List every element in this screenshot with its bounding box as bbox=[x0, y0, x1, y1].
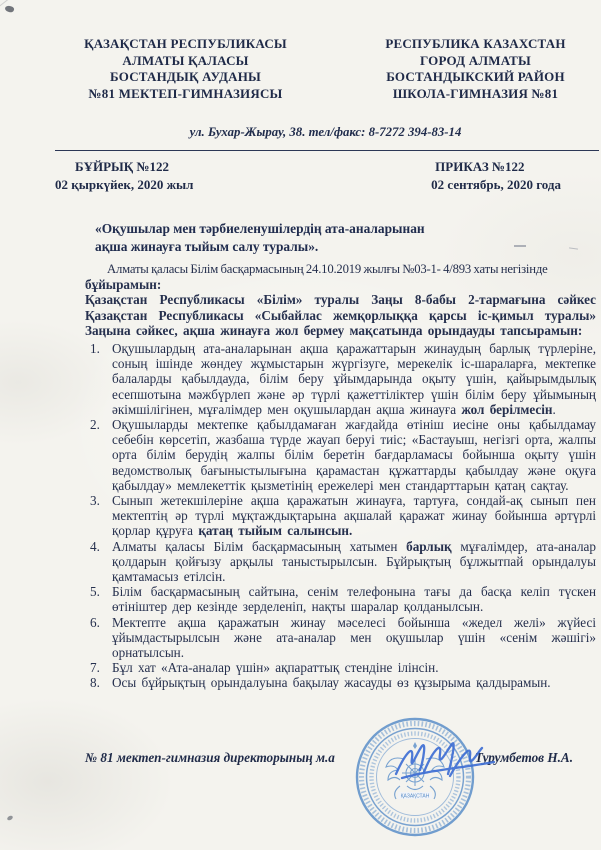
item-number: 8. bbox=[90, 675, 100, 690]
letterhead: ҚАЗАҚСТАН РЕСПУБЛИКАСЫ АЛМАТЫ ҚАЛАСЫ БОС… bbox=[58, 36, 593, 102]
scan-artifact-dash bbox=[569, 247, 578, 250]
subject-line: ақша жинауға тыйым салу туралы». bbox=[95, 238, 535, 256]
item-text: Сынып жетекшілеріне ақша қаражатын жинау… bbox=[112, 493, 596, 538]
order-list: 1.Оқушылардың ата-аналарынан ақша қаража… bbox=[85, 341, 596, 691]
letterhead-line: ШКОЛА-ГИМНАЗИЯ №81 bbox=[358, 86, 593, 103]
order-item: 3.Сынып жетекшілеріне ақша қаражатын жин… bbox=[85, 493, 596, 539]
item-number: 2. bbox=[90, 417, 100, 432]
item-text: Оқушыларды мектепке қабылдамаған жағдайд… bbox=[112, 417, 596, 493]
scan-artifact-speck bbox=[6, 815, 13, 821]
letterhead-line: ГОРОД АЛМАТЫ bbox=[358, 53, 593, 70]
order-item: 6.Мектепте ақша қаражатын жинау мәселесі… bbox=[85, 615, 596, 661]
preamble-basis: Алматы қаласы Білім басқармасының 24.10.… bbox=[85, 262, 596, 277]
order-item: 1.Оқушылардың ата-аналарынан ақша қаража… bbox=[85, 341, 596, 417]
item-text: Білім басқармасының сайтына, сенім телеф… bbox=[112, 584, 596, 614]
address-line: ул. Бухар-Жырау, 38. тел/факс: 8-7272 39… bbox=[60, 125, 591, 140]
item-text: Алматы қаласы Білім басқармасының хатыме… bbox=[112, 539, 406, 554]
item-number: 3. bbox=[90, 493, 100, 508]
letterhead-line: ҚАЗАҚСТАН РЕСПУБЛИКАСЫ bbox=[58, 36, 313, 53]
preamble: Алматы қаласы Білім басқармасының 24.10.… bbox=[85, 262, 596, 338]
preamble-legal: Қазақстан Республикасы «Білім» туралы За… bbox=[85, 292, 596, 338]
order-date-kk: 02 қыркүйек, 2020 жыл bbox=[55, 176, 193, 194]
item-number: 6. bbox=[90, 615, 100, 630]
order-meta: БҰЙРЫҚ №122 02 қыркүйек, 2020 жыл ПРИКАЗ… bbox=[55, 158, 561, 194]
item-text: жол берілмесін bbox=[461, 402, 552, 417]
subject-line: «Оқушылар мен тәрбиеленушілердің ата-ана… bbox=[95, 220, 535, 238]
order-number-ru: ПРИКАЗ №122 bbox=[431, 158, 561, 176]
order-item: 8.Осы бұйрықтың орындалуына бақылау жаса… bbox=[85, 675, 596, 690]
order-date-ru: 02 сентябрь, 2020 года bbox=[431, 176, 561, 194]
order-subject: «Оқушылар мен тәрбиеленушілердің ата-ана… bbox=[95, 220, 535, 255]
handwritten-signature bbox=[390, 732, 502, 788]
letterhead-russian: РЕСПУБЛИКА КАЗАХСТАН ГОРОД АЛМАТЫ БОСТАН… bbox=[358, 36, 593, 102]
item-number: 7. bbox=[90, 660, 100, 675]
letterhead-line: АЛМАТЫ ҚАЛАСЫ bbox=[58, 53, 313, 70]
order-item: 5.Білім басқармасының сайтына, сенім тел… bbox=[85, 584, 596, 614]
item-text: қатаң тыйым салынсын. bbox=[198, 523, 352, 538]
item-text: Мектепте ақша қаражатын жинау мәселесі б… bbox=[112, 615, 596, 660]
scanned-order-document: ҚАЗАҚСТАН РЕСПУБЛИКАСЫ АЛМАТЫ ҚАЛАСЫ БОС… bbox=[0, 0, 601, 850]
item-text: барлық bbox=[406, 539, 452, 554]
item-number: 4. bbox=[90, 539, 100, 554]
order-item: 4.Алматы қаласы Білім басқармасының хаты… bbox=[85, 539, 596, 585]
horizontal-rule bbox=[55, 150, 599, 151]
signatory-role: № 81 мектеп-гимназия директорының м.а bbox=[85, 750, 335, 766]
item-number: 1. bbox=[90, 341, 100, 356]
order-item: 7.Бұл хат «Ата-аналар үшін» ақпараттық с… bbox=[85, 660, 596, 675]
order-item: 2.Оқушыларды мектепке қабылдамаған жағда… bbox=[85, 417, 596, 493]
item-text: . bbox=[553, 402, 556, 417]
order-number-kk: БҰЙРЫҚ №122 bbox=[55, 158, 193, 176]
order-meta-russian: ПРИКАЗ №122 02 сентябрь, 2020 года bbox=[431, 158, 561, 194]
order-meta-kazakh: БҰЙРЫҚ №122 02 қыркүйек, 2020 жыл bbox=[55, 158, 193, 194]
letterhead-line: РЕСПУБЛИКА КАЗАХСТАН bbox=[358, 36, 593, 53]
item-number: 5. bbox=[90, 584, 100, 599]
preamble-directive: бұйырамын: bbox=[85, 277, 596, 292]
item-text: Осы бұйрықтың орындалуына бақылау жасауд… bbox=[112, 675, 551, 690]
letterhead-line: БОСТАНДЫКСКИЙ РАЙОН bbox=[358, 69, 593, 86]
letterhead-line: БОСТАНДЫҚ АУДАНЫ bbox=[58, 69, 313, 86]
letterhead-kazakh: ҚАЗАҚСТАН РЕСПУБЛИКАСЫ АЛМАТЫ ҚАЛАСЫ БОС… bbox=[58, 36, 313, 102]
stamp-legend: ҚАЗАҚСТАН bbox=[401, 794, 430, 800]
item-text: Бұл хат «Ата-аналар үшін» ақпараттық сте… bbox=[112, 660, 439, 675]
letterhead-line: №81 МЕКТЕП-ГИМНАЗИЯСЫ bbox=[58, 86, 313, 103]
